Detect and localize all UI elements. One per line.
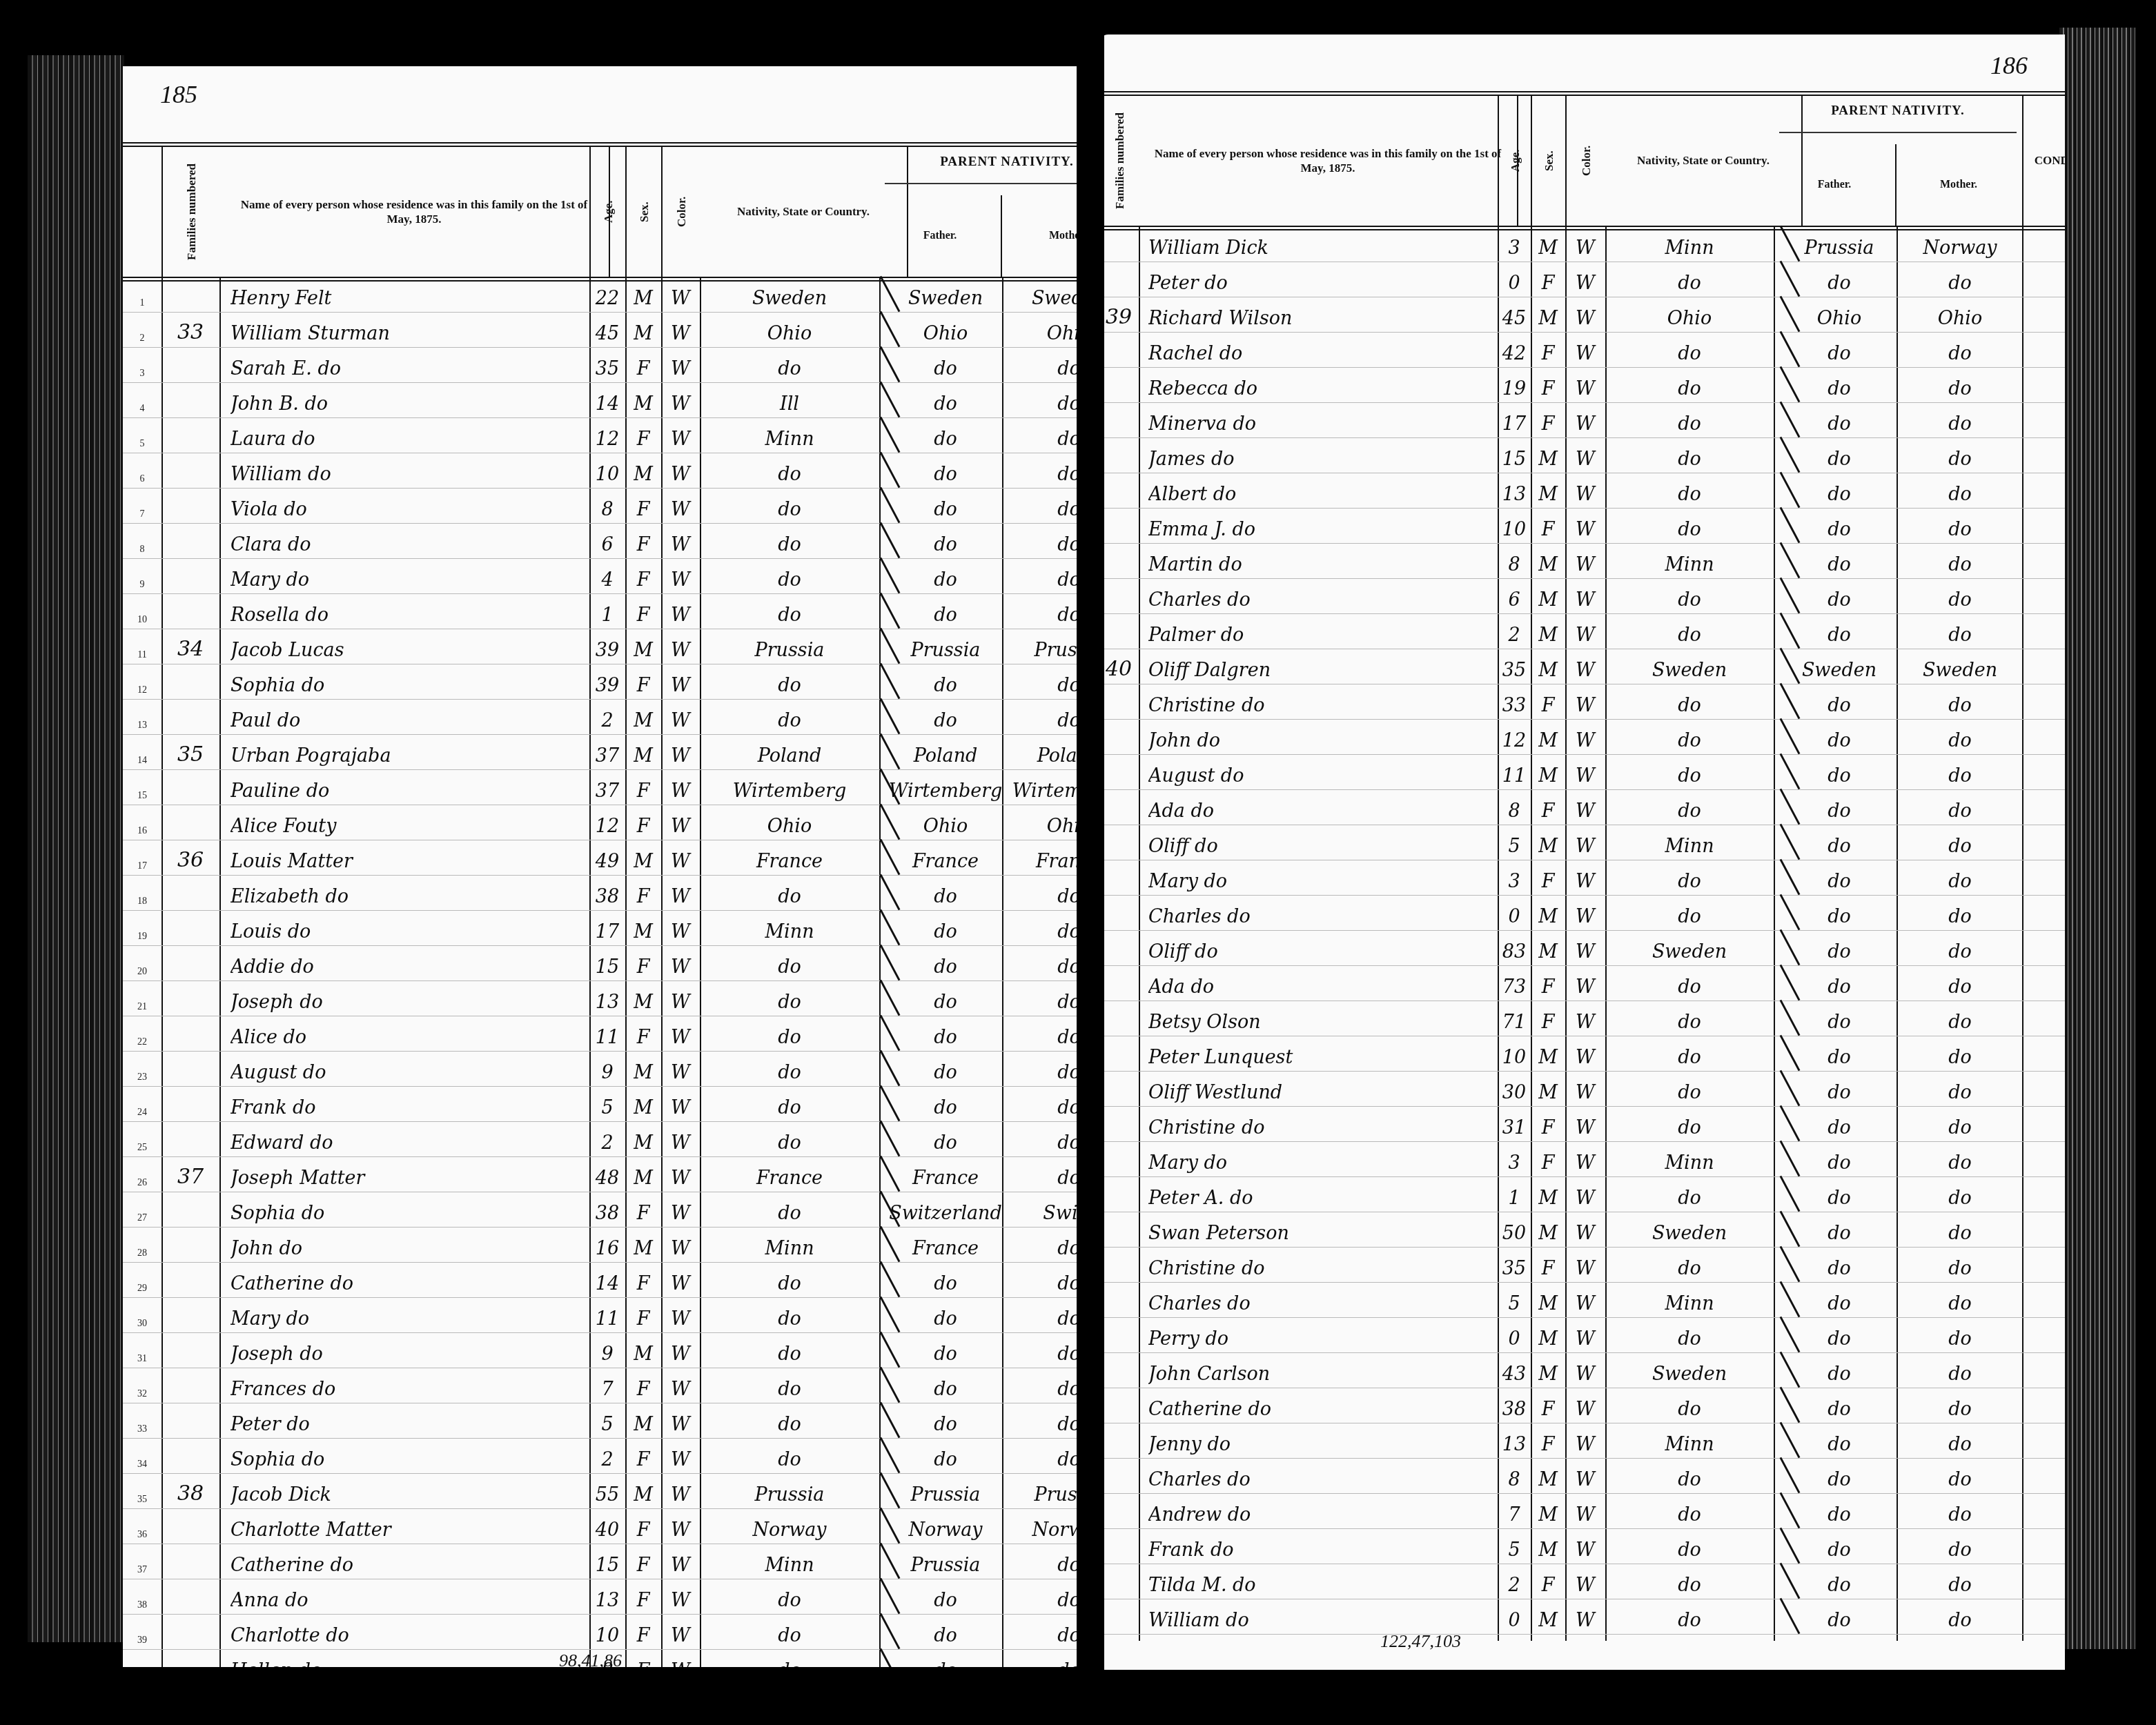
nativity-value: Sweden [1605, 1352, 1774, 1388]
age-value: 37 [589, 734, 625, 769]
table-row: Charles do6MWdododo [1099, 578, 2065, 614]
mother-nativity-value: do [1898, 825, 2022, 860]
nativity-value: Minn [1605, 825, 1774, 860]
person-name: Urban Pograjaba [231, 734, 582, 769]
table-row: 21Joseph do13MWdododo [123, 980, 1089, 1016]
person-name: Charles do [1148, 1458, 1493, 1493]
table-row: 12Sophia do39FWdododo [123, 664, 1089, 700]
mother-nativity-value: do [1898, 1282, 2022, 1317]
color-value: W [661, 1121, 700, 1156]
sex-value: M [625, 629, 661, 664]
line-number: 22 [123, 1016, 161, 1051]
person-name: Swan Peterson [1148, 1212, 1493, 1247]
table-row: 39Richard Wilson45MWOhioOhioOhio [1099, 297, 2065, 333]
table-row: 28John do16MWMinnFrancedo [123, 1227, 1089, 1263]
nativity-value: do [700, 1016, 879, 1051]
father-nativity-value: do [1782, 367, 1897, 402]
color-value: W [1565, 1493, 1605, 1528]
age-value: 14 [589, 1262, 625, 1297]
father-nativity-value: do [889, 945, 1002, 980]
person-name: Mary do [231, 558, 582, 593]
person-name: John do [231, 1227, 582, 1262]
table-row: Ada do73FWdododo [1099, 965, 2065, 1001]
nativity-value: do [1605, 1564, 1774, 1599]
sex-value: M [1531, 578, 1565, 613]
line-number: 3 [123, 347, 161, 382]
line-number: 11 [123, 629, 161, 664]
person-name: Addie do [231, 945, 582, 980]
color-value: W [1565, 825, 1605, 860]
family-number [161, 453, 219, 488]
father-nativity-value: do [889, 417, 1002, 453]
person-name: James do [1148, 437, 1493, 473]
person-name: Oliff Dalgren [1148, 649, 1493, 684]
nativity-value: do [700, 1368, 879, 1403]
header-age: Age. [1498, 96, 1532, 226]
person-name: Hellen do [231, 1649, 582, 1667]
father-nativity-value: do [889, 1297, 1002, 1332]
table-row: 1Henry Felt22MWSwedenSwedenSweden [123, 277, 1089, 313]
family-number [1099, 367, 1139, 402]
person-name: Pauline do [231, 769, 582, 805]
nativity-value: do [1605, 965, 1774, 1000]
family-number [1099, 332, 1139, 367]
mother-nativity-value: do [1898, 719, 2022, 754]
table-row: 2637Joseph Matter48MWFranceFrancedo [123, 1156, 1089, 1192]
father-nativity-value: do [889, 875, 1002, 910]
age-value: 37 [589, 769, 625, 805]
age-value: 8 [589, 488, 625, 523]
line-number: 36 [123, 1508, 161, 1544]
age-value: 30 [1498, 1071, 1531, 1106]
father-nativity-value: do [1782, 332, 1897, 367]
father-nativity-value: do [1782, 1564, 1897, 1599]
family-number [161, 1297, 219, 1332]
sex-value: M [625, 1403, 661, 1438]
parent-nativity-label: PARENT NATIVITY. [1774, 103, 2022, 119]
color-value: W [1565, 1352, 1605, 1388]
nativity-value: Sweden [700, 277, 879, 312]
age-value: 5 [589, 1086, 625, 1121]
father-nativity-value: do [889, 488, 1002, 523]
line-number: 12 [123, 664, 161, 699]
father-nativity-value: do [889, 699, 1002, 734]
sex-value: F [1531, 1423, 1565, 1458]
color-value: W [661, 347, 700, 382]
color-value: W [661, 312, 700, 347]
table-row: Emma J. do10FWdododo [1099, 508, 2065, 544]
nativity-value: Sweden [1605, 649, 1774, 684]
father-nativity-value: do [1782, 789, 1897, 825]
person-name: Louis Matter [231, 840, 582, 875]
age-value: 10 [589, 1614, 625, 1649]
color-value: W [661, 1051, 700, 1086]
father-nativity-value: do [1782, 1317, 1897, 1352]
person-name: Rosella do [231, 593, 582, 629]
line-number: 25 [123, 1121, 161, 1156]
family-number [1099, 613, 1139, 649]
family-number [1099, 1564, 1139, 1599]
age-value: 2 [589, 1438, 625, 1473]
father-nativity-value: Prussia [889, 629, 1002, 664]
line-number: 16 [123, 805, 161, 840]
father-nativity-value: do [1782, 1599, 1897, 1634]
person-name: Joseph do [231, 980, 582, 1016]
person-name: Peter Lunquest [1148, 1036, 1493, 1071]
line-number: 35 [123, 1473, 161, 1508]
age-value: 22 [589, 277, 625, 312]
sex-value: M [1531, 1212, 1565, 1247]
sex-value: F [625, 347, 661, 382]
age-value: 2 [589, 1121, 625, 1156]
nativity-value: do [700, 1121, 879, 1156]
father-nativity-value: Poland [889, 734, 1002, 769]
family-number [1099, 1388, 1139, 1423]
nativity-value: Minn [700, 1544, 879, 1579]
person-name: William do [1148, 1599, 1493, 1634]
family-number [161, 1614, 219, 1649]
table-row: John do12MWdododo [1099, 719, 2065, 755]
person-name: Christine do [1148, 684, 1493, 719]
nativity-value: do [1605, 262, 1774, 297]
color-value: W [661, 593, 700, 629]
sex-value: M [625, 1332, 661, 1368]
age-value: 16 [589, 1227, 625, 1262]
age-value: 15 [1498, 437, 1531, 473]
family-number [161, 347, 219, 382]
age-value: 5 [1498, 1528, 1531, 1564]
family-number: 35 [161, 734, 219, 769]
color-value: W [1565, 719, 1605, 754]
nativity-value: Wirtemberg [700, 769, 879, 805]
mother-nativity-value: Ohio [1898, 297, 2022, 332]
table-row: Peter do0FWdododo [1099, 262, 2065, 297]
table-row: 5Laura do12FWMinndodo [123, 417, 1089, 453]
person-name: Frank do [1148, 1528, 1493, 1564]
age-value: 0 [1498, 1599, 1531, 1634]
line-number: 26 [123, 1156, 161, 1192]
family-number [1099, 965, 1139, 1000]
person-name: Oliff do [1148, 825, 1493, 860]
nativity-value: Ohio [700, 805, 879, 840]
person-name: Emma J. do [1148, 508, 1493, 543]
line-number: 5 [123, 417, 161, 453]
nativity-value: do [1605, 613, 1774, 649]
table-row: Rachel do42FWdododo [1099, 332, 2065, 368]
color-value: W [661, 1227, 700, 1262]
nativity-value: do [700, 1086, 879, 1121]
color-value: W [661, 1579, 700, 1614]
sex-value: F [1531, 684, 1565, 719]
age-value: 38 [589, 1192, 625, 1227]
sex-value: F [625, 1016, 661, 1051]
nativity-value: Minn [700, 1227, 879, 1262]
nativity-value: Norway [700, 1508, 879, 1544]
line-number: 9 [123, 558, 161, 593]
nativity-value: do [1605, 860, 1774, 895]
family-number [161, 558, 219, 593]
sex-value: M [625, 1051, 661, 1086]
family-number: 39 [1099, 297, 1139, 332]
table-row: Christine do31FWdododo [1099, 1106, 2065, 1142]
table-row: Oliff Westlund30MWdododo [1099, 1071, 2065, 1107]
family-number [1099, 1141, 1139, 1176]
sex-value: F [1531, 1564, 1565, 1599]
person-name: Charlotte do [231, 1614, 582, 1649]
color-value: W [1565, 1000, 1605, 1036]
line-number: 20 [123, 945, 161, 980]
nativity-value: Minn [1605, 543, 1774, 578]
family-number [161, 664, 219, 699]
father-nativity-value: do [889, 664, 1002, 699]
person-name: Catherine do [1148, 1388, 1493, 1423]
person-name: Elizabeth do [231, 875, 582, 910]
person-name: Tilda M. do [1148, 1564, 1493, 1599]
sex-value: M [1531, 825, 1565, 860]
father-nativity-value: do [1782, 1352, 1897, 1388]
family-number [1099, 1106, 1139, 1141]
sex-value: M [625, 382, 661, 417]
sex-value: F [625, 945, 661, 980]
age-value: 48 [589, 1156, 625, 1192]
color-value: W [661, 629, 700, 664]
age-value: 39 [589, 629, 625, 664]
sex-value: F [625, 417, 661, 453]
table-row: Albert do13MWdododo [1099, 473, 2065, 509]
sex-value: F [1531, 402, 1565, 437]
family-number [1099, 684, 1139, 719]
person-name: Alice do [231, 1016, 582, 1051]
mother-nativity-value: do [1898, 895, 2022, 930]
age-value: 2 [1498, 613, 1531, 649]
family-number [1099, 473, 1139, 508]
family-number: 40 [1099, 649, 1139, 684]
family-number [161, 417, 219, 453]
table-row: Christine do33FWdododo [1099, 684, 2065, 720]
age-value: 19 [1498, 367, 1531, 402]
color-value: W [1565, 754, 1605, 789]
family-number [1099, 1458, 1139, 1493]
color-value: W [1565, 649, 1605, 684]
table-row: 10Rosella do1FWdododo [123, 593, 1089, 629]
family-number [1099, 1352, 1139, 1388]
person-name: Peter A. do [1148, 1176, 1493, 1212]
father-nativity-value: do [889, 558, 1002, 593]
color-value: W [1565, 860, 1605, 895]
table-row: 31Joseph do9MWdododo [123, 1332, 1089, 1368]
father-nativity-value: do [889, 1438, 1002, 1473]
person-name: Sophia do [231, 1438, 582, 1473]
table-row: Ada do8FWdododo [1099, 789, 2065, 825]
color-value: W [661, 1438, 700, 1473]
family-number: 37 [161, 1156, 219, 1192]
color-value: W [1565, 1106, 1605, 1141]
line-number: 24 [123, 1086, 161, 1121]
sex-value: M [1531, 1528, 1565, 1564]
sex-value: M [1531, 1071, 1565, 1106]
color-value: W [661, 277, 700, 312]
table-row: Jenny do13FWMinndodo [1099, 1423, 2065, 1459]
family-number [161, 1403, 219, 1438]
color-value: W [661, 1649, 700, 1667]
header-families-numbered: Families numbered [1099, 96, 1140, 226]
sex-value: M [1531, 1352, 1565, 1388]
father-nativity-value: do [1782, 543, 1897, 578]
table-row: 9Mary do4FWdododo [123, 558, 1089, 594]
age-value: 4 [589, 558, 625, 593]
family-number [1099, 437, 1139, 473]
person-name: Martin do [1148, 543, 1493, 578]
color-value: W [1565, 262, 1605, 297]
family-number [1099, 1247, 1139, 1282]
family-number [161, 1508, 219, 1544]
age-value: 5 [1498, 1282, 1531, 1317]
father-nativity-value: do [1782, 1176, 1897, 1212]
person-name: Joseph Matter [231, 1156, 582, 1192]
table-row: William do0MWdododo [1099, 1599, 2065, 1635]
line-number: 18 [123, 875, 161, 910]
mother-nativity-value: do [1898, 1423, 2022, 1458]
person-name: Sophia do [231, 1192, 582, 1227]
family-number [1099, 402, 1139, 437]
mother-nativity-value: do [1898, 930, 2022, 965]
nativity-value: do [700, 1051, 879, 1086]
color-value: W [661, 1368, 700, 1403]
header-color: Color. [1565, 96, 1607, 226]
father-nativity-value: do [1782, 719, 1897, 754]
sex-value: M [1531, 930, 1565, 965]
nativity-value: Minn [1605, 1423, 1774, 1458]
sex-value: F [625, 558, 661, 593]
mother-nativity-value: Sweden [1898, 649, 2022, 684]
color-value: W [661, 945, 700, 980]
family-number [1099, 1071, 1139, 1106]
family-number [1099, 1036, 1139, 1071]
age-value: 33 [1498, 684, 1531, 719]
table-row: Oliff do83MWSwedendodo [1099, 930, 2065, 966]
person-name: August do [231, 1051, 582, 1086]
family-number [161, 1121, 219, 1156]
person-name: Palmer do [1148, 613, 1493, 649]
age-value: 38 [589, 875, 625, 910]
sex-value: F [625, 1614, 661, 1649]
sex-value: M [1531, 226, 1565, 262]
age-value: 42 [1498, 332, 1531, 367]
mother-nativity-value: do [1898, 1000, 2022, 1036]
nativity-value: do [1605, 578, 1774, 613]
family-number [161, 1438, 219, 1473]
mother-nativity-value: do [1898, 860, 2022, 895]
color-value: W [1565, 1564, 1605, 1599]
color-value: W [661, 1544, 700, 1579]
father-nativity-value: Switzerland [889, 1192, 1002, 1227]
table-row: 36Charlotte Matter40FWNorwayNorwayNorway [123, 1508, 1089, 1544]
color-value: W [1565, 1176, 1605, 1212]
age-value: 12 [589, 417, 625, 453]
age-value: 49 [589, 840, 625, 875]
nativity-value: do [700, 945, 879, 980]
table-row: 40Oliff Dalgren35MWSwedenSwedenSweden [1099, 649, 2065, 684]
age-value: 6 [1498, 578, 1531, 613]
table-row: 25Edward do2MWdododo [123, 1121, 1089, 1157]
sex-value: M [625, 453, 661, 488]
sex-value: F [625, 1544, 661, 1579]
sex-value: F [1531, 1388, 1565, 1423]
color-value: W [1565, 297, 1605, 332]
person-name: Laura do [231, 417, 582, 453]
table-row: 20Addie do15FWdododo [123, 945, 1089, 981]
header-sex: Sex. [625, 147, 663, 277]
father-nativity-value: do [1782, 684, 1897, 719]
nativity-value: do [1605, 754, 1774, 789]
header-condition: CONDITION. [2022, 96, 2065, 226]
color-value: W [1565, 508, 1605, 543]
sex-value: M [625, 1121, 661, 1156]
father-nativity-value: do [889, 1579, 1002, 1614]
age-value: 8 [1498, 1458, 1531, 1493]
person-name: Jacob Lucas [231, 629, 582, 664]
father-nativity-value: do [889, 1649, 1002, 1667]
father-nativity-value: do [1782, 825, 1897, 860]
father-nativity-value: Prussia [1782, 226, 1897, 262]
nativity-value: Prussia [700, 1473, 879, 1508]
person-name: Frances do [231, 1368, 582, 1403]
color-value: W [661, 805, 700, 840]
person-name: Jacob Dick [231, 1473, 582, 1508]
age-value: 5 [1498, 825, 1531, 860]
family-number [161, 1332, 219, 1368]
age-value: 31 [1498, 1106, 1531, 1141]
person-name: Rachel do [1148, 332, 1493, 367]
person-name: Mary do [231, 1297, 582, 1332]
sex-value: F [625, 593, 661, 629]
mother-nativity-value: do [1898, 473, 2022, 508]
book-page-edges-left [28, 55, 124, 1642]
person-name: Charles do [1148, 578, 1493, 613]
age-value: 12 [589, 805, 625, 840]
sex-value: M [625, 910, 661, 945]
father-nativity-value: France [889, 840, 1002, 875]
line-number: 21 [123, 980, 161, 1016]
nativity-value: do [1605, 1071, 1774, 1106]
age-value: 8 [1498, 789, 1531, 825]
line-number: 10 [123, 593, 161, 629]
person-name: Clara do [231, 523, 582, 558]
line-number: 4 [123, 382, 161, 417]
table-row: 34Sophia do2FWdododo [123, 1438, 1089, 1474]
person-name: Richard Wilson [1148, 297, 1493, 332]
father-nativity-value: do [1782, 578, 1897, 613]
color-value: W [1565, 1141, 1605, 1176]
age-value: 0 [1498, 262, 1531, 297]
mother-nativity-value: do [1898, 1071, 2022, 1106]
table-row: Catherine do38FWdododo [1099, 1388, 2065, 1423]
family-number [161, 523, 219, 558]
line-number: 40 [123, 1649, 161, 1667]
age-value: 13 [1498, 473, 1531, 508]
father-nativity-value: do [889, 1403, 1002, 1438]
family-number [1099, 543, 1139, 578]
nativity-value: do [700, 523, 879, 558]
nativity-value: do [700, 1579, 879, 1614]
line-number: 14 [123, 734, 161, 769]
table-row: 32Frances do7FWdododo [123, 1368, 1089, 1403]
mother-nativity-value: do [1898, 1564, 2022, 1599]
nativity-value: do [1605, 508, 1774, 543]
father-nativity-value: do [1782, 262, 1897, 297]
age-value: 13 [589, 1579, 625, 1614]
family-number [1099, 1212, 1139, 1247]
